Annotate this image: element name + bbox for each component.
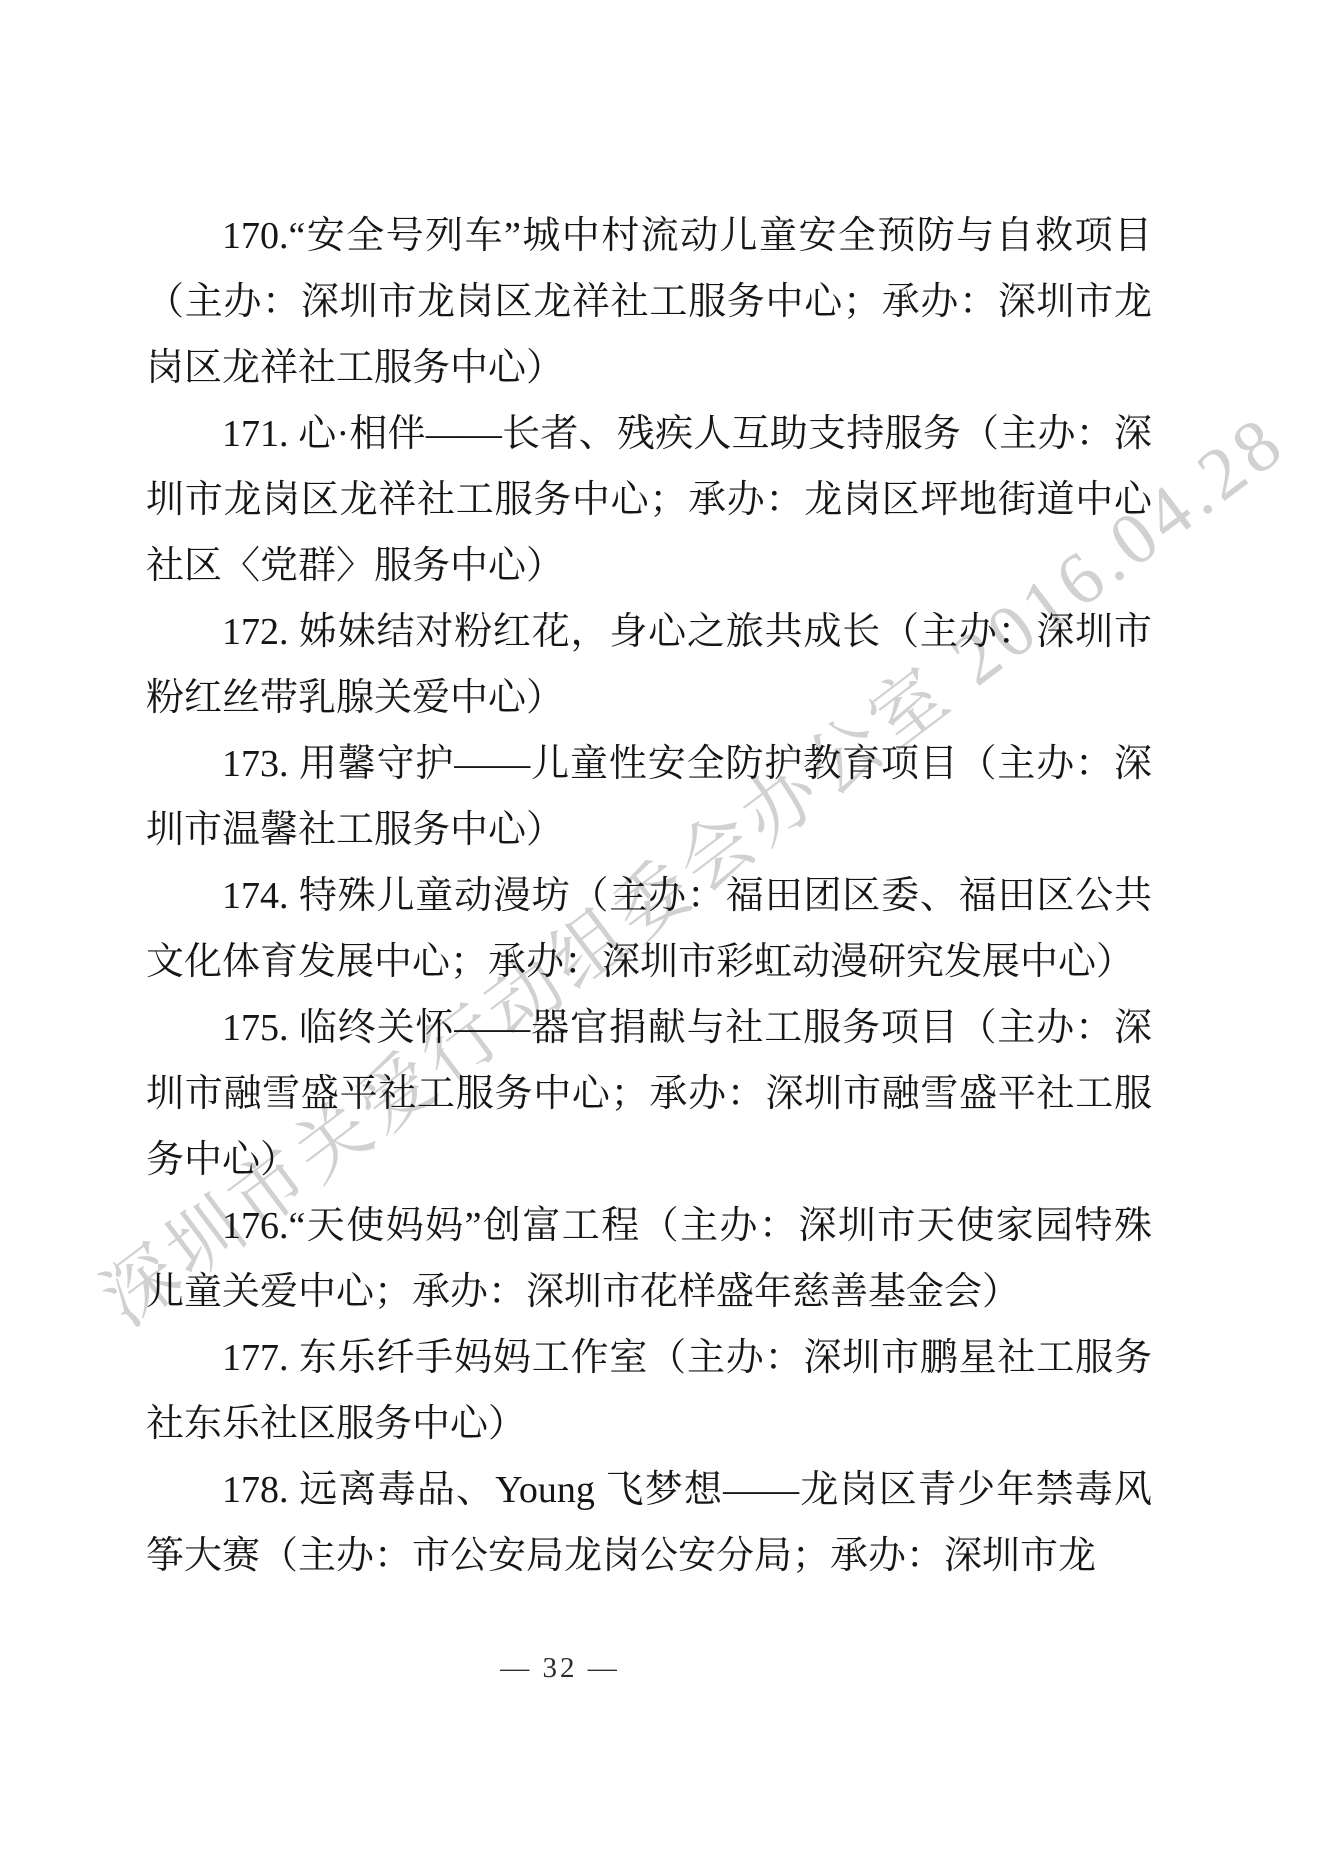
document-page: 深圳市关爱行动组委会办公室 2016.04.28 170.“安全号列车”城中村流… bbox=[0, 0, 1323, 1871]
page-footer: — 32 — bbox=[0, 1652, 1120, 1685]
list-item: 174. 特殊儿童动漫坊（主办：福田团区委、福田区公共文化体育发展中心；承办：深… bbox=[146, 863, 1152, 995]
list-item: 173. 用馨守护——儿童性安全防护教育项目（主办：深圳市温馨社工服务中心） bbox=[146, 731, 1152, 863]
list-item: 178. 远离毒品、Young 飞梦想——龙岗区青少年禁毒风筝大赛（主办：市公安… bbox=[146, 1457, 1152, 1589]
document-body: 170.“安全号列车”城中村流动儿童安全预防与自救项目（主办：深圳市龙岗区龙祥社… bbox=[146, 203, 1152, 1589]
list-item: 171. 心·相伴——长者、残疾人互助支持服务（主办：深圳市龙岗区龙祥社工服务中… bbox=[146, 401, 1152, 599]
list-item: 177. 东乐纤手妈妈工作室（主办：深圳市鹏星社工服务社东乐社区服务中心） bbox=[146, 1325, 1152, 1457]
list-item: 172. 姊妹结对粉红花，身心之旅共成长（主办：深圳市粉红丝带乳腺关爱中心） bbox=[146, 599, 1152, 731]
list-item: 170.“安全号列车”城中村流动儿童安全预防与自救项目（主办：深圳市龙岗区龙祥社… bbox=[146, 203, 1152, 401]
list-item: 176.“天使妈妈”创富工程（主办：深圳市天使家园特殊儿童关爱中心；承办：深圳市… bbox=[146, 1193, 1152, 1325]
list-item: 175. 临终关怀——器官捐献与社工服务项目（主办：深圳市融雪盛平社工服务中心；… bbox=[146, 995, 1152, 1193]
page-number: — 32 — bbox=[500, 1652, 620, 1684]
